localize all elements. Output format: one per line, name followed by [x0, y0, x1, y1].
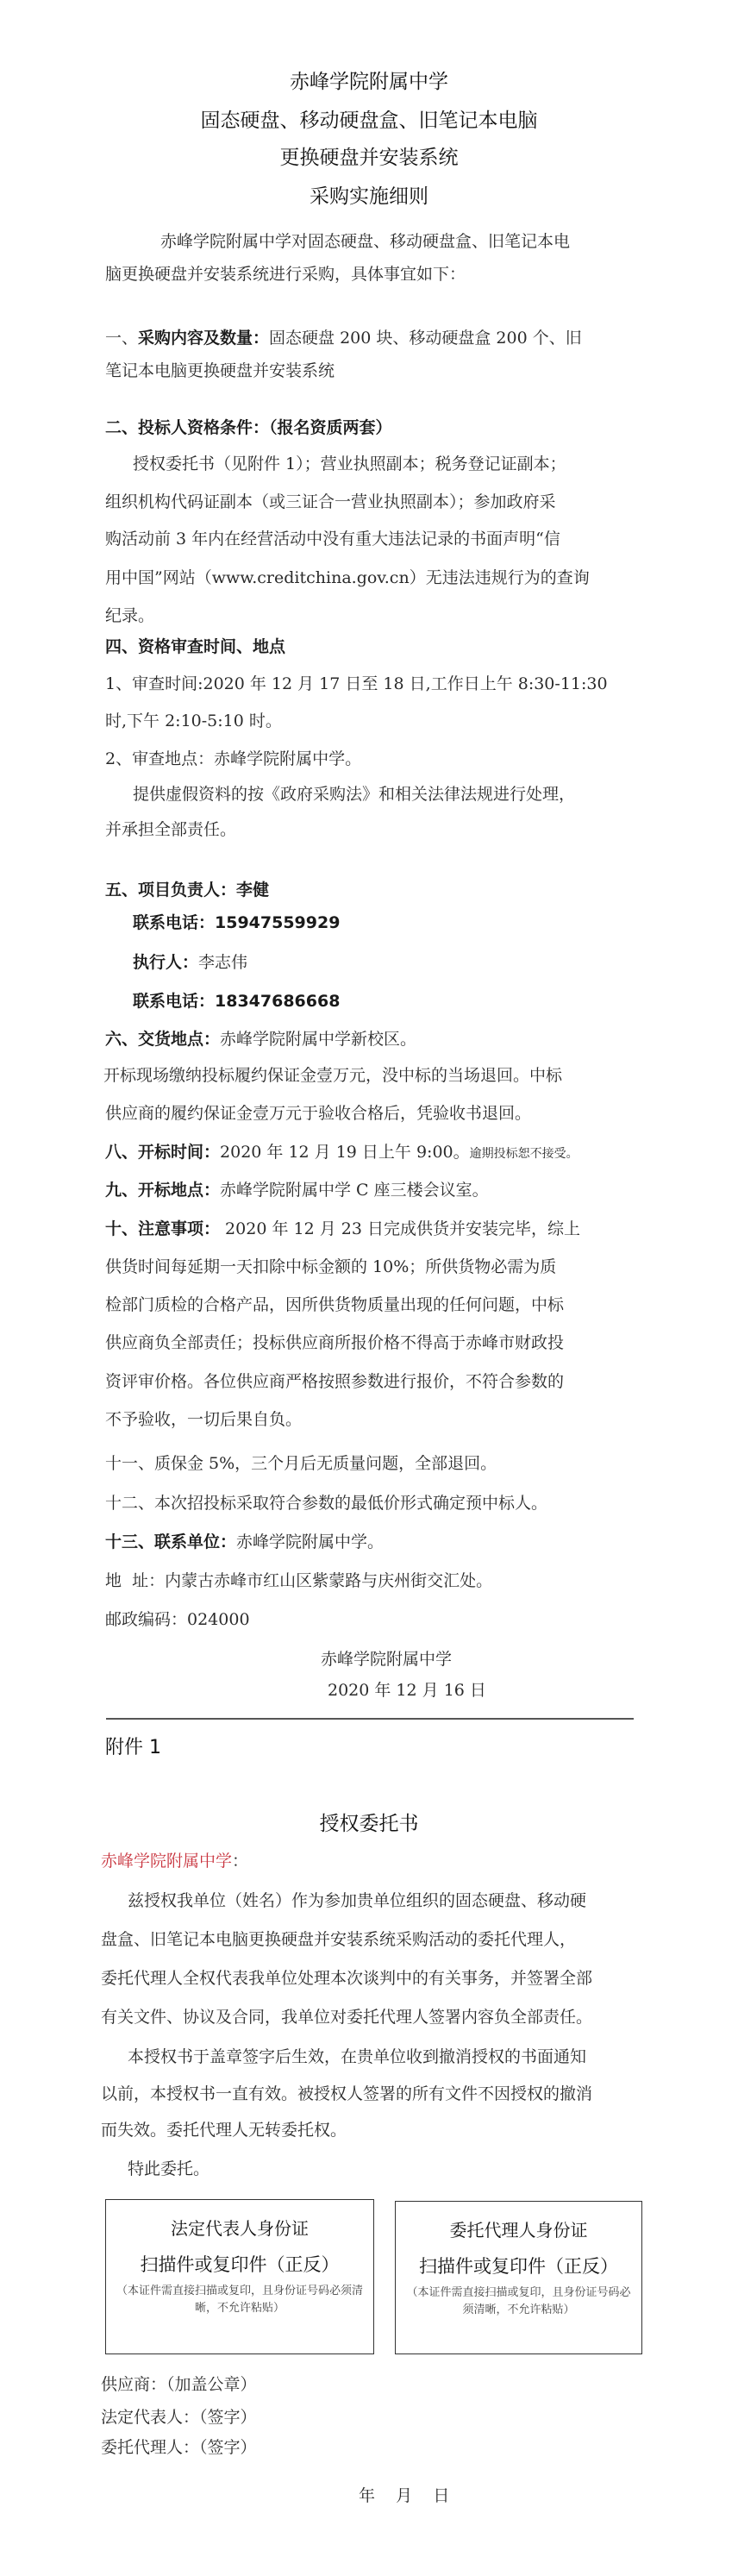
auth-para1-line-3: 委托代理人全权代表我单位处理本次谈判中的有关事务，并签署全部 — [101, 1967, 592, 1990]
auth-para1-line-1: 兹授权我单位（姓名）作为参加贵单位组织的固态硬盘、移动硬 — [128, 1890, 586, 1912]
attachment-label: 附件 1 — [105, 1735, 161, 1761]
agent-id-subtitle: 扫描件或复印件（正反） — [396, 2253, 641, 2279]
signer-supplier: 供应商：（加盖公章） — [101, 2373, 257, 2396]
phone-number-1: 15947559929 — [215, 913, 340, 932]
section-9-label: 九、开标地点： — [105, 1181, 220, 1200]
phone-number-2: 18347686668 — [215, 992, 340, 1011]
section-10-line-4: 供应商负全部责任；投标供应商所报价格不得高于赤峰市财政投 — [105, 1332, 564, 1354]
section-6-label: 六、交货地点： — [105, 1030, 220, 1049]
deposit-line-2: 供应商的履约保证金壹万元于验收合格后，凭验收书退回。 — [105, 1102, 531, 1125]
agent-id-title: 委托代理人身份证 — [396, 2217, 641, 2243]
section-8: 八、开标时间：2020 年 12 月 19 日上午 9:00。逾期投标恕不接受。 — [105, 1141, 579, 1165]
review-time-line-1: 1、审查时间:2020 年 12 月 17 日至 18 日,工作日上午 8:30… — [105, 673, 608, 695]
project-manager: 李健 — [236, 881, 269, 899]
section-6: 六、交货地点：赤峰学院附属中学新校区。 — [105, 1028, 416, 1050]
section-9-text: 赤峰学院附属中学 C 座三楼会议室。 — [220, 1181, 489, 1200]
review-place: 2、审查地点：赤峰学院附属中学。 — [105, 748, 361, 770]
executor-phone: 联系电话：18347686668 — [133, 990, 340, 1012]
section-10-label: 十、注意事项： — [105, 1219, 220, 1238]
legal-rep-id-note: （本证件需直接扫描或复印，且身份证号码必须清晰，不允许粘贴） — [115, 2283, 365, 2317]
section-10-line-5: 资评审价格。各位供应商严格按照参数进行报价，不符合参数的 — [105, 1370, 564, 1393]
title-line-4: 采购实施细则 — [0, 184, 738, 210]
section-1-label: 采购内容及数量： — [138, 329, 269, 348]
executor: 执行人：李志伟 — [133, 951, 247, 974]
section-10-line-3: 检部门质检的合格产品，因所供货物质量出现的任何问题，中标 — [105, 1294, 564, 1316]
auth-para2-line-3: 而失效。委托代理人无转委托权。 — [101, 2119, 347, 2141]
section-2-line-1: 授权委托书（见附件 1）；营业执照副本；税务登记证副本； — [133, 453, 566, 475]
section-1-prefix: 一、 — [105, 329, 138, 348]
address: 地 址：内蒙古赤峰市红山区紫蒙路与庆州街交汇处。 — [105, 1570, 492, 1592]
section-9: 九、开标地点：赤峰学院附属中学 C 座三楼会议室。 — [105, 1179, 489, 1201]
section-10-line-2: 供货时间每延期一天扣除中标金额的 10%；所供货物必需为质 — [105, 1256, 556, 1278]
signature-date: 2020 年 12 月 16 日 — [328, 1679, 486, 1702]
section-4-heading: 四、资格审查时间、地点 — [105, 636, 285, 658]
section-2-line-3: 购活动前 3 年内在经营活动中没有重大违法记录的书面声明“信 — [105, 528, 560, 550]
phone-label: 联系电话： — [133, 992, 215, 1011]
section-8-text: 2020 年 12 月 19 日上午 9:00。 — [220, 1143, 470, 1162]
closing: 特此委托。 — [128, 2158, 210, 2180]
section-1: 一、采购内容及数量：固态硬盘 200 块、移动硬盘盒 200 个、旧 — [105, 327, 582, 349]
executor-label: 执行人： — [133, 953, 198, 972]
legal-rep-id-title: 法定代表人身份证 — [106, 2216, 373, 2241]
section-8-note: 逾期投标恕不接受。 — [470, 1147, 579, 1161]
section-1-cont: 笔记本电脑更换硬盘并安装系统 — [105, 360, 335, 382]
false-info-line-2: 并承担全部责任。 — [105, 818, 236, 841]
section-5-label: 五、项目负责人： — [105, 881, 236, 899]
section-13-label: 十三、联系单位： — [105, 1532, 236, 1551]
auth-para1-line-2: 盘盒、旧笔记本电脑更换硬盘并安装系统采购活动的委托代理人， — [101, 1928, 576, 1951]
divider — [106, 1718, 634, 1720]
date-blank: 年 月 日 — [359, 2485, 449, 2507]
section-2-line-5: 纪录。 — [105, 605, 154, 627]
signer-legal-rep: 法定代表人：（签字） — [101, 2406, 257, 2429]
manager-phone: 联系电话：15947559929 — [133, 912, 340, 934]
section-6-text: 赤峰学院附属中学新校区。 — [220, 1030, 416, 1049]
phone-label: 联系电话： — [133, 913, 215, 932]
section-8-label: 八、开标时间： — [105, 1143, 220, 1162]
executor-name: 李志伟 — [198, 953, 247, 972]
postcode: 邮政编码：024000 — [105, 1608, 250, 1631]
section-5: 五、项目负责人：李健 — [105, 879, 269, 901]
section-13-text: 赤峰学院附属中学。 — [236, 1532, 384, 1551]
review-time-line-2: 时,下午 2:10-5:10 时。 — [105, 710, 282, 732]
section-12: 十二、本次招投标采取符合参数的最低价形式确定预中标人。 — [105, 1492, 547, 1514]
addressee-colon: ： — [232, 1852, 248, 1871]
title-line-2: 固态硬盘、移动硬盘盒、旧笔记本电脑 — [0, 108, 738, 134]
false-info-line-1: 提供虚假资料的按《政府采购法》和相关法律法规进行处理， — [133, 783, 575, 805]
section-2-line-4: 用中国”网站（www.creditchina.gov.cn）无违法违规行为的查询 — [105, 567, 590, 589]
auth-para1-line-4: 有关文件、协议及合同，我单位对委托代理人签署内容负全部责任。 — [101, 2006, 592, 2028]
attachment-title: 授权委托书 — [0, 1811, 738, 1837]
deposit-line-1: 开标现场缴纳投标履约保证金壹万元，没中标的当场退回。中标 — [103, 1064, 562, 1087]
intro-line-2: 脑更换硬盘并安装系统进行采购，具体事宜如下： — [105, 263, 466, 285]
section-2-line-2: 组织机构代码证副本（或三证合一营业执照副本）；参加政府采 — [105, 491, 556, 513]
agent-id-note: （本证件需直接扫描或复印，且身份证号码必须清晰，不允许粘贴） — [404, 2285, 633, 2319]
addressee: 赤峰学院附属中学： — [101, 1850, 248, 1872]
section-10: 十、注意事项： 2020 年 12 月 23 日完成供货并安装完毕，综上 — [105, 1218, 580, 1240]
section-11: 十一、质保金 5%，三个月后无质量问题，全部退回。 — [105, 1452, 497, 1475]
intro-line-1: 赤峰学院附属中学对固态硬盘、移动硬盘盒、旧笔记本电 — [160, 230, 570, 253]
section-10-line-6: 不予验收，一切后果自负。 — [105, 1408, 302, 1431]
section-13: 十三、联系单位：赤峰学院附属中学。 — [105, 1531, 384, 1553]
section-2-heading: 二、投标人资格条件：（报名资质两套） — [105, 417, 392, 439]
legal-rep-id-box: 法定代表人身份证 扫描件或复印件（正反） （本证件需直接扫描或复印，且身份证号码… — [105, 2199, 374, 2354]
title-line-3: 更换硬盘并安装系统 — [0, 145, 738, 171]
signature-org: 赤峰学院附属中学 — [321, 1648, 452, 1670]
agent-id-box: 委托代理人身份证 扫描件或复印件（正反） （本证件需直接扫描或复印，且身份证号码… — [395, 2201, 642, 2354]
section-1-text: 固态硬盘 200 块、移动硬盘盒 200 个、旧 — [269, 329, 582, 348]
section-10-first: 2020 年 12 月 23 日完成供货并安装完毕，综上 — [220, 1219, 580, 1238]
auth-para2-line-2: 以前，本授权书一直有效。被授权人签署的所有文件不因授权的撤消 — [101, 2083, 592, 2105]
signer-agent: 委托代理人：（签字） — [101, 2436, 257, 2459]
addressee-name: 赤峰学院附属中学 — [101, 1852, 232, 1871]
title-line-1: 赤峰学院附属中学 — [0, 69, 738, 95]
auth-para2-line-1: 本授权书于盖章签字后生效，在贵单位收到撤消授权的书面通知 — [128, 2046, 586, 2068]
legal-rep-id-subtitle: 扫描件或复印件（正反） — [106, 2252, 373, 2278]
